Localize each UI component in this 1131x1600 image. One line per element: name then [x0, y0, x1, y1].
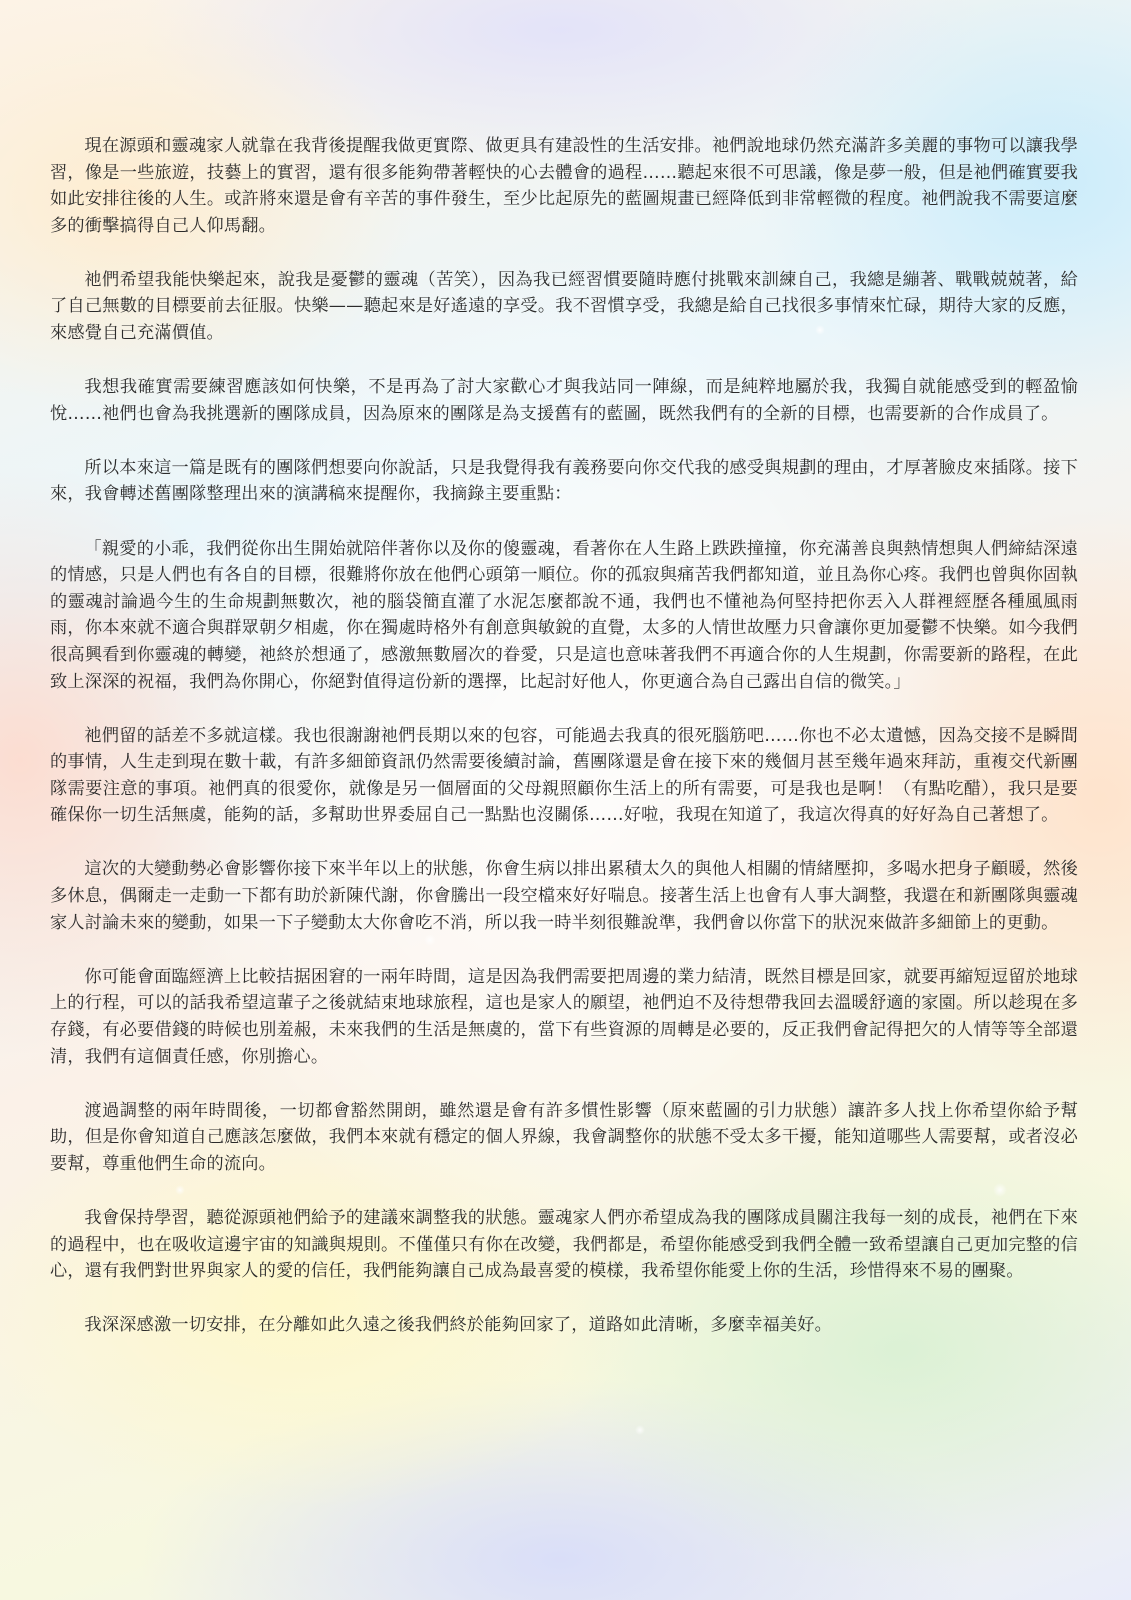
paragraph-6: 祂們留的話差不多就這樣。我也很謝謝祂們長期以來的包容，可能過去我真的很死腦筋吧……: [50, 723, 1078, 829]
paragraph-7: 這次的大變動勢必會影響你接下來半年以上的狀態，你會生病以排出累積太久的與他人相關…: [50, 856, 1078, 936]
paragraph-1: 現在源頭和靈魂家人就靠在我背後提醒我做更實際、做更具有建設性的生活安排。祂們說地…: [50, 133, 1078, 239]
paragraph-8: 你可能會面臨經濟上比較拮据困窘的一兩年時間，這是因為我們需要把周邊的業力結清，既…: [50, 964, 1078, 1070]
quoted-speech-paragraph: 「親愛的小乖，我們從你出生開始就陪伴著你以及你的傻靈魂，看著你在人生路上跌跌撞撞…: [50, 536, 1078, 696]
document-page: 現在源頭和靈魂家人就靠在我背後提醒我做更實際、做更具有建設性的生活安排。祂們說地…: [50, 133, 1078, 1366]
paragraph-4: 所以本來這一篇是既有的團隊們想要向你說話，只是我覺得我有義務要向你交代我的感受與…: [50, 455, 1078, 508]
paragraph-9: 渡過調整的兩年時間後，一切都會豁然開朗，雖然還是會有許多慣性影響（原來藍圖的引力…: [50, 1098, 1078, 1178]
paragraph-10: 我會保持學習，聽從源頭祂們給予的建議來調整我的狀態。靈魂家人們亦希望成為我的團隊…: [50, 1205, 1078, 1285]
paragraph-3: 我想我確實需要練習應該如何快樂，不是再為了討大家歡心才與我站同一陣線，而是純粹地…: [50, 374, 1078, 427]
closing-paragraph: 我深深感激一切安排，在分離如此久遠之後我們終於能夠回家了，道路如此清晰，多麼幸福…: [50, 1312, 1078, 1339]
paragraph-2: 祂們希望我能快樂起來，說我是憂鬱的靈魂（苦笑），因為我已經習慣要隨時應付挑戰來訓…: [50, 267, 1078, 347]
